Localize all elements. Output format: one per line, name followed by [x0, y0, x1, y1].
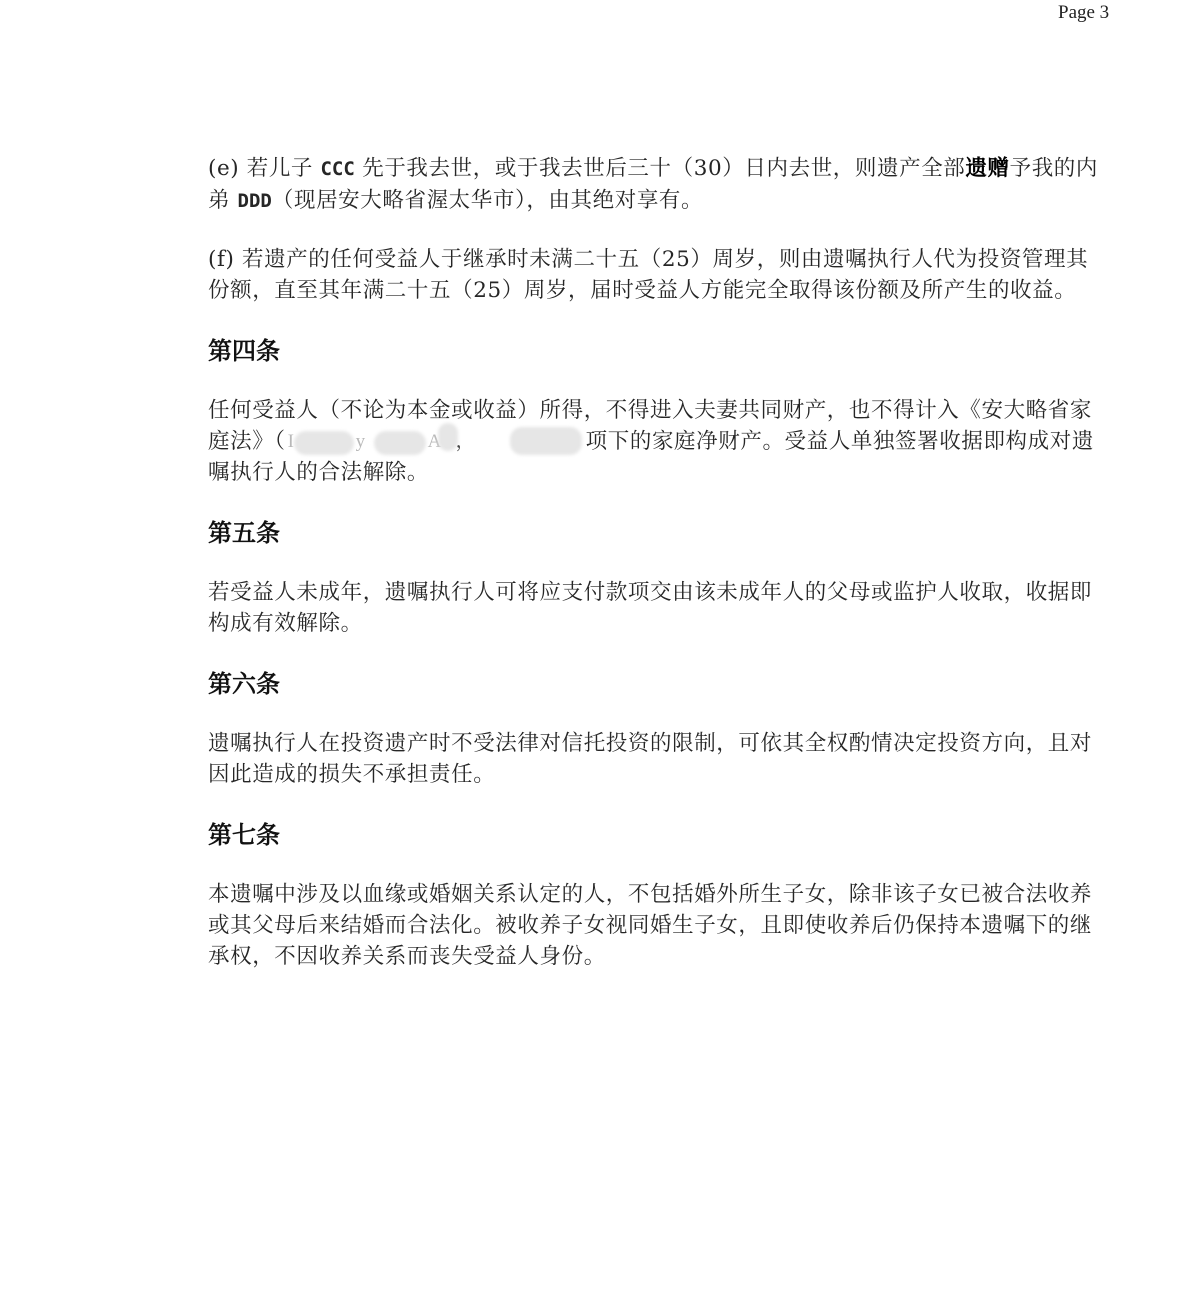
bequeath-emphasis: 遗赠 [965, 156, 1009, 181]
redacted-comma: ， [456, 426, 476, 457]
article-5-heading: 第五条 [208, 518, 1108, 548]
son-name: CCC [320, 158, 354, 180]
page-number: Page 3 [1058, 2, 1109, 24]
article-6-text: 遗嘱执行人在投资遗产时不受法律对信托投资的限制，可依其全权酌情决定投资方向，且对… [208, 728, 1103, 790]
article-6-heading: 第六条 [208, 669, 1108, 699]
article-4-heading: 第四条 [208, 336, 1108, 366]
article-7-heading: 第七条 [208, 820, 1108, 850]
article-7-text: 本遗嘱中涉及以血缘或婚姻关系认定的人，不包括婚外所生子女，除非该子女已被合法收养… [208, 879, 1103, 972]
clause-e-text-1: (e) 若儿子 [208, 156, 320, 181]
redacted-ghost-2: y [356, 426, 366, 457]
clause-e-text-4: （现居安大略省渥太华市），由其绝对享有。 [272, 188, 703, 213]
article-4-text: 任何受益人（不论为本金或收益）所得，不得进入夫妻共同财产，也不得计入《安大略省家… [208, 395, 1103, 488]
clause-e-text-2: 先于我去世，或于我去世后三十（30）日内去世，则遗产全部 [355, 156, 966, 181]
redacted-statute-cite [510, 429, 584, 455]
clause-e: (e) 若儿子 CCC 先于我去世，或于我去世后三十（30）日内去世，则遗产全部… [208, 153, 1098, 217]
brother-in-law-name: DDD [238, 190, 272, 212]
clause-f: (f) 若遗产的任何受益人于继承时未满二十五（25）周岁，则由遗嘱执行人代为投资… [208, 244, 1103, 306]
document-body: (e) 若儿子 CCC 先于我去世，或于我去世后三十（30）日内去世，则遗产全部… [208, 153, 1108, 972]
article-5-text: 若受益人未成年，遗嘱执行人可将应支付款项交由该未成年人的父母或监护人收取，收据即… [208, 577, 1103, 639]
redacted-statute-name: I y Ac ， [288, 429, 506, 455]
